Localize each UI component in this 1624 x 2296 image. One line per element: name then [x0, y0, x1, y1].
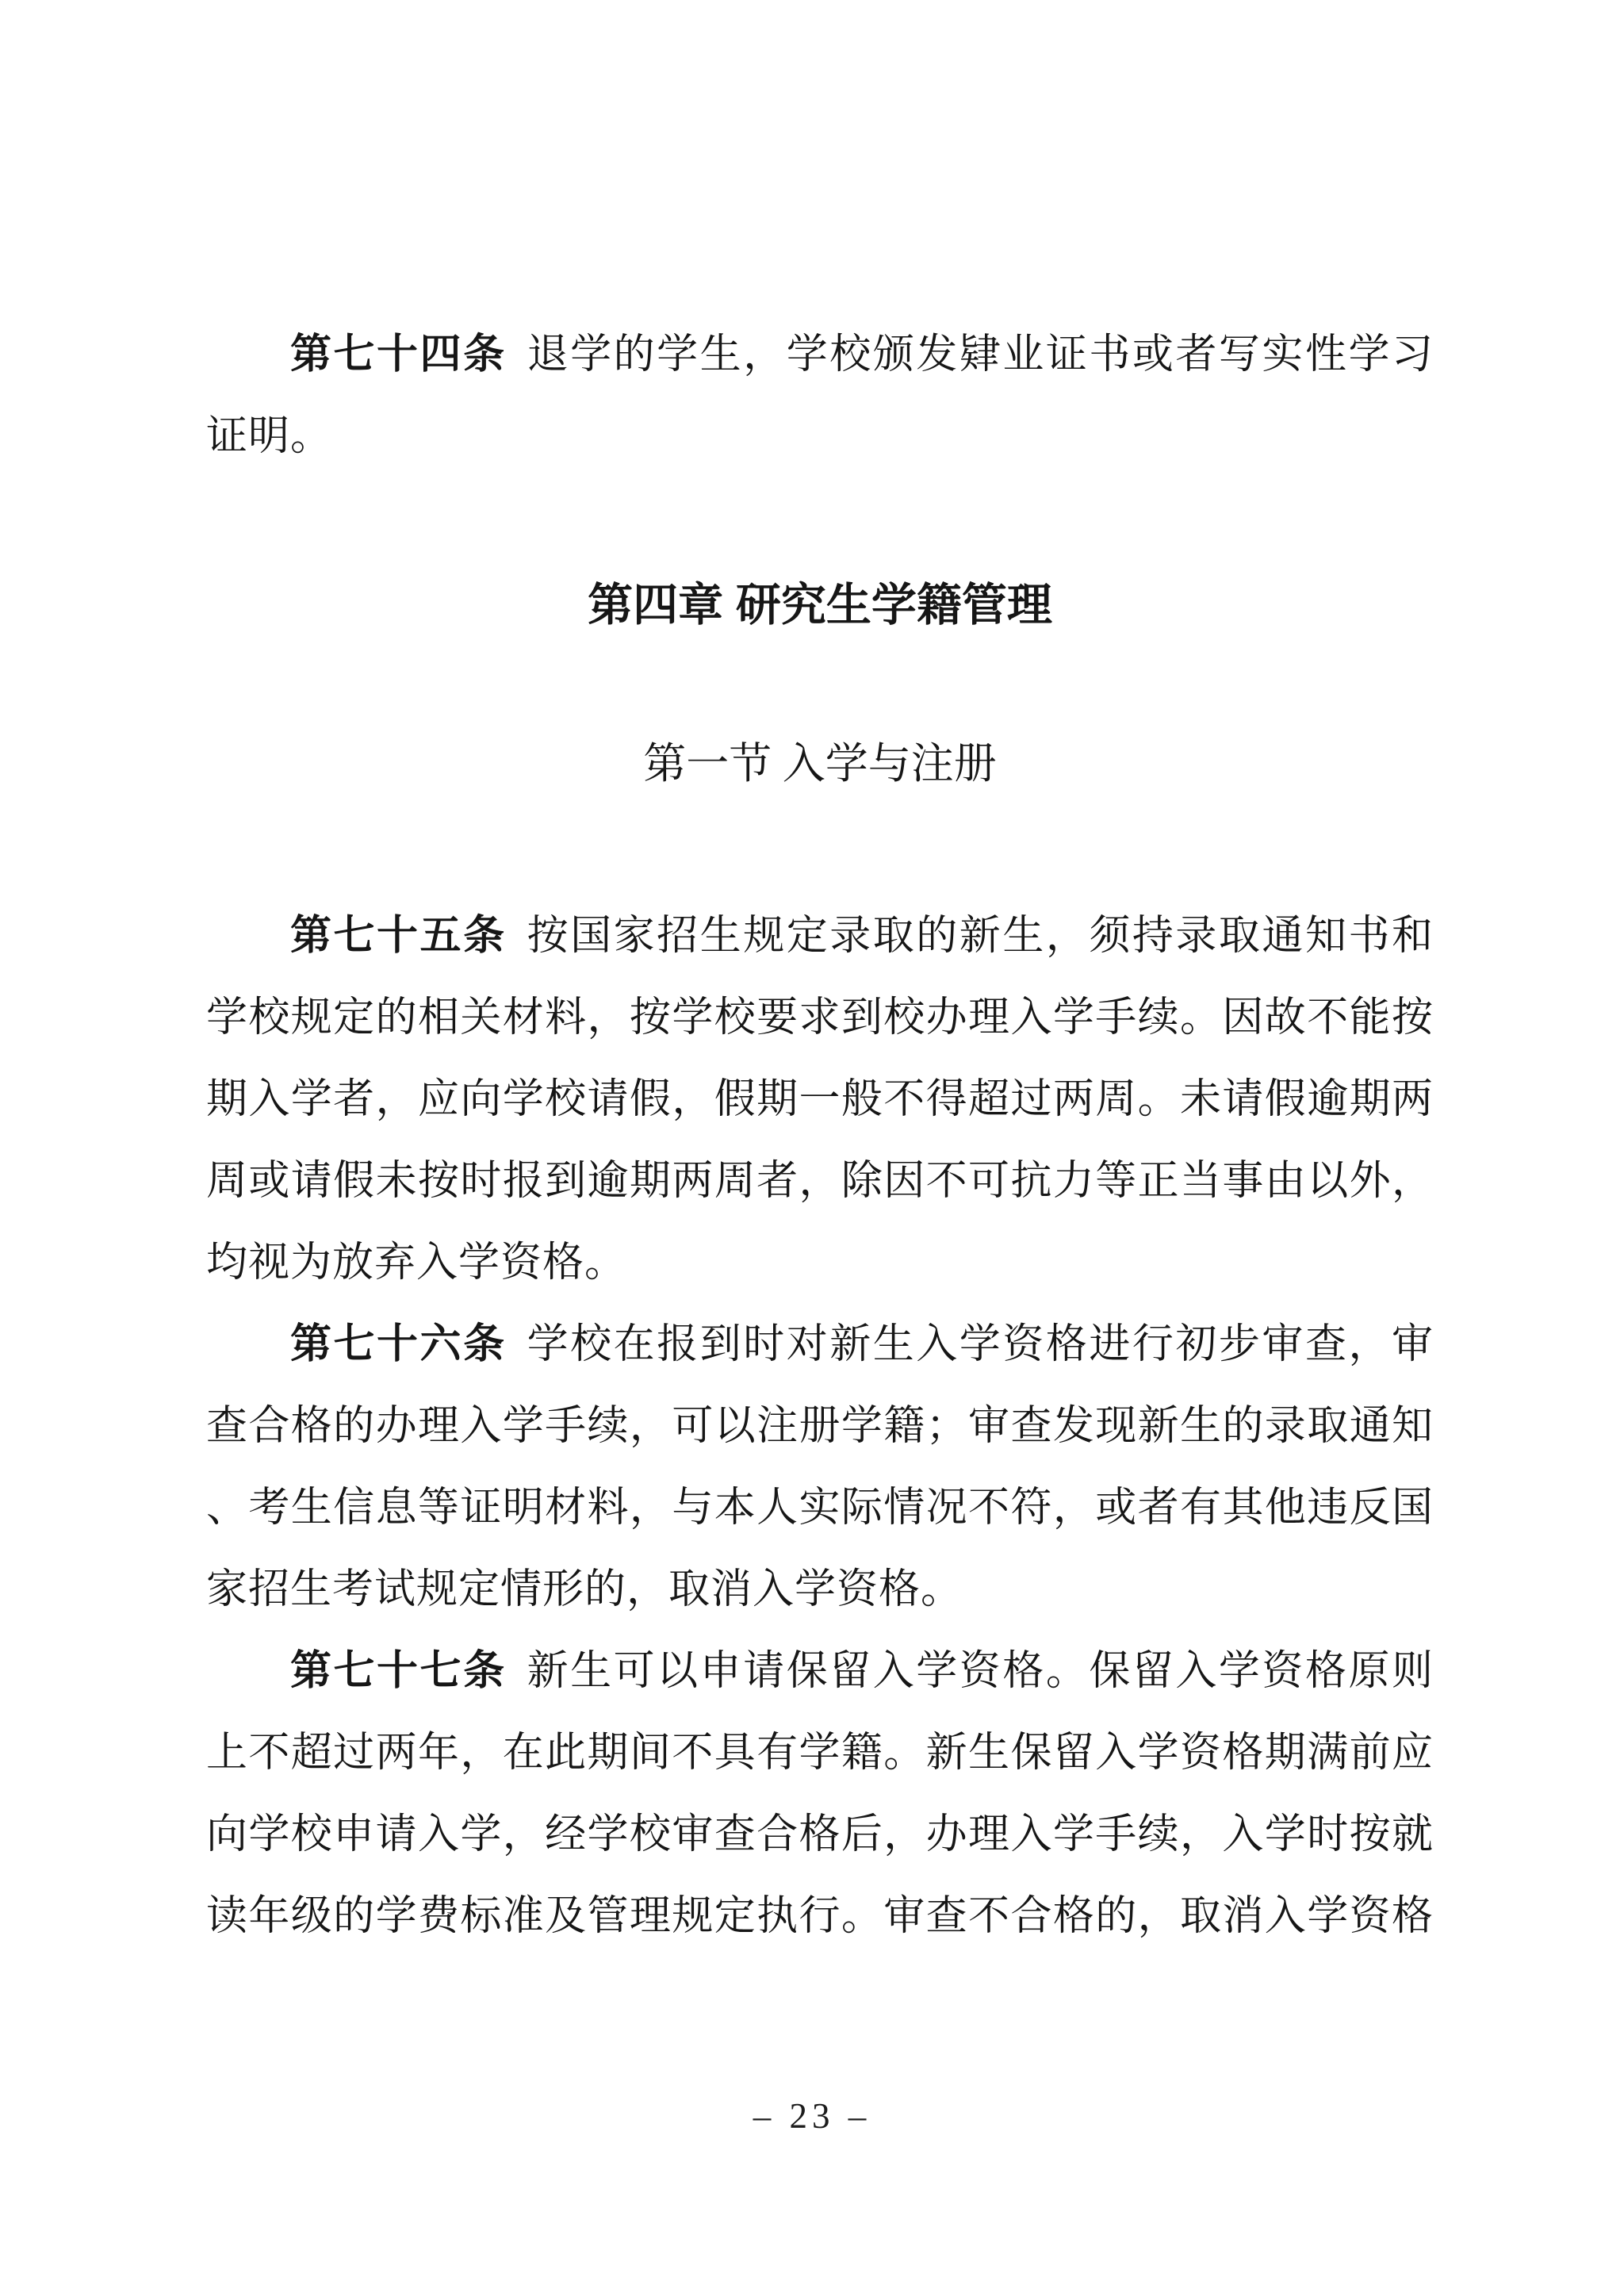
- article-77-text: 新生可以申请保留入学资格。保留入学资格原则: [527, 1649, 1434, 1694]
- article-77-line-1: 第七十七条新生可以申请保留入学资格。保留入学资格原则: [206, 1631, 1434, 1712]
- article-77-line-3: 向学校申请入学，经学校审查合格后，办理入学手续，入学时按就: [206, 1794, 1434, 1876]
- article-74-line-1: 第七十四条退学的学生，学校颁发肄业证书或者写实性学习: [206, 314, 1434, 396]
- document-page: 第七十四条退学的学生，学校颁发肄业证书或者写实性学习 证明。 第四章 研究生学籍…: [0, 0, 1624, 2296]
- article-77-number: 第七十七条: [290, 1649, 507, 1694]
- article-74-text: 退学的学生，学校颁发肄业证书或者写实性学习: [527, 332, 1434, 378]
- article-76-line-2: 查合格的办理入学手续，可以注册学籍；审查发现新生的录取通知: [206, 1386, 1434, 1467]
- article-77-line-4: 读年级的学费标准及管理规定执行。审查不合格的，取消入学资格: [206, 1876, 1434, 1957]
- article-75-text: 按国家招生规定录取的新生，须持录取通知书和: [527, 914, 1434, 959]
- article-75-line-1: 第七十五条按国家招生规定录取的新生，须持录取通知书和: [206, 895, 1434, 977]
- article-75: 第七十五条按国家招生规定录取的新生，须持录取通知书和 学校规定的相关材料，按学校…: [206, 895, 1434, 1304]
- article-75-line-5: 均视为放弃入学资格。: [206, 1222, 1434, 1304]
- article-76-line-3: 、考生信息等证明材料，与本人实际情况不符，或者有其他违反国: [206, 1467, 1434, 1549]
- article-76-text: 学校在报到时对新生入学资格进行初步审查，审: [527, 1322, 1434, 1367]
- article-76-number: 第七十六条: [290, 1322, 507, 1367]
- article-74-number: 第七十四条: [290, 332, 507, 378]
- article-77-line-2: 上不超过两年，在此期间不具有学籍。新生保留入学资格期满前应: [206, 1712, 1434, 1794]
- article-75-line-4: 周或请假未按时报到逾期两周者，除因不可抗力等正当事由以外，: [206, 1140, 1434, 1222]
- article-76: 第七十六条学校在报到时对新生入学资格进行初步审查，审 查合格的办理入学手续，可以…: [206, 1304, 1434, 1631]
- document-body: 第七十四条退学的学生，学校颁发肄业证书或者写实性学习 证明。 第四章 研究生学籍…: [206, 0, 1434, 1957]
- article-76-line-1: 第七十六条学校在报到时对新生入学资格进行初步审查，审: [206, 1304, 1434, 1386]
- article-74-line-2: 证明。: [206, 396, 1434, 477]
- chapter-heading: 第四章 研究生学籍管理: [206, 565, 1434, 646]
- article-75-line-3: 期入学者，应向学校请假，假期一般不得超过两周。未请假逾期两: [206, 1059, 1434, 1140]
- article-75-line-2: 学校规定的相关材料，按学校要求到校办理入学手续。因故不能按: [206, 977, 1434, 1059]
- section-heading: 第一节 入学与注册: [206, 723, 1434, 805]
- page-number: – 23 –: [0, 2091, 1624, 2141]
- article-74: 第七十四条退学的学生，学校颁发肄业证书或者写实性学习 证明。: [206, 314, 1434, 477]
- article-77: 第七十七条新生可以申请保留入学资格。保留入学资格原则 上不超过两年，在此期间不具…: [206, 1631, 1434, 1957]
- article-75-number: 第七十五条: [290, 914, 507, 959]
- article-76-line-4: 家招生考试规定情形的，取消入学资格。: [206, 1549, 1434, 1631]
